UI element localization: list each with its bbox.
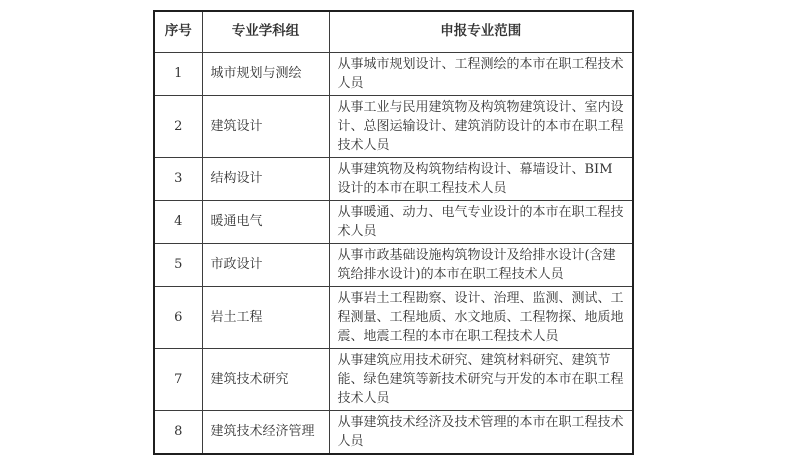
column-header-scope: 申报专业范围 xyxy=(329,11,633,52)
discipline-group-cell: 岩土工程 xyxy=(202,286,329,348)
discipline-group-cell: 结构设计 xyxy=(202,157,329,200)
row-number-cell: 1 xyxy=(154,52,202,95)
application-scope-cell: 从事建筑物及构筑物结构设计、幕墙设计、BIM设计的本市在职工程技术人员 xyxy=(329,157,633,200)
row-number-cell: 2 xyxy=(154,95,202,157)
table-row: 3结构设计从事建筑物及构筑物结构设计、幕墙设计、BIM设计的本市在职工程技术人员 xyxy=(154,157,633,200)
table-row: 7建筑技术研究从事建筑应用技术研究、建筑材料研究、建筑节能、绿色建筑等新技术研究… xyxy=(154,348,633,410)
application-scope-cell: 从事暖通、动力、电气专业设计的本市在职工程技术人员 xyxy=(329,200,633,243)
application-scope-cell: 从事城市规划设计、工程测绘的本市在职工程技术人员 xyxy=(329,52,633,95)
application-scope-cell: 从事市政基础设施构筑物设计及给排水设计(含建筑给排水设计)的本市在职工程技术人员 xyxy=(329,243,633,286)
column-header-no: 序号 xyxy=(154,11,202,52)
table-body: 1城市规划与测绘从事城市规划设计、工程测绘的本市在职工程技术人员2建筑设计从事工… xyxy=(154,52,633,454)
application-scope-cell: 从事建筑技术经济及技术管理的本市在职工程技术人员 xyxy=(329,410,633,454)
table-header: 序号 专业学科组 申报专业范围 xyxy=(154,11,633,52)
table-row: 4暖通电气从事暖通、动力、电气专业设计的本市在职工程技术人员 xyxy=(154,200,633,243)
table-row: 6岩土工程从事岩土工程勘察、设计、治理、监测、测试、工程测量、工程地质、水文地质… xyxy=(154,286,633,348)
table-row: 1城市规划与测绘从事城市规划设计、工程测绘的本市在职工程技术人员 xyxy=(154,52,633,95)
row-number-cell: 7 xyxy=(154,348,202,410)
discipline-group-cell: 建筑设计 xyxy=(202,95,329,157)
row-number-cell: 6 xyxy=(154,286,202,348)
table-row: 2建筑设计从事工业与民用建筑物及构筑物建筑设计、室内设计、总图运输设计、建筑消防… xyxy=(154,95,633,157)
application-scope-cell: 从事建筑应用技术研究、建筑材料研究、建筑节能、绿色建筑等新技术研究与开发的本市在… xyxy=(329,348,633,410)
discipline-group-cell: 城市规划与测绘 xyxy=(202,52,329,95)
discipline-table: 序号 专业学科组 申报专业范围 1城市规划与测绘从事城市规划设计、工程测绘的本市… xyxy=(153,10,634,455)
application-scope-cell: 从事岩土工程勘察、设计、治理、监测、测试、工程测量、工程地质、水文地质、工程物探… xyxy=(329,286,633,348)
table-row: 5市政设计从事市政基础设施构筑物设计及给排水设计(含建筑给排水设计)的本市在职工… xyxy=(154,243,633,286)
row-number-cell: 8 xyxy=(154,410,202,454)
discipline-group-cell: 建筑技术经济管理 xyxy=(202,410,329,454)
document-page: 序号 专业学科组 申报专业范围 1城市规划与测绘从事城市规划设计、工程测绘的本市… xyxy=(0,0,800,465)
row-number-cell: 5 xyxy=(154,243,202,286)
row-number-cell: 4 xyxy=(154,200,202,243)
discipline-group-cell: 暖通电气 xyxy=(202,200,329,243)
header-row: 序号 专业学科组 申报专业范围 xyxy=(154,11,633,52)
table-row: 8建筑技术经济管理从事建筑技术经济及技术管理的本市在职工程技术人员 xyxy=(154,410,633,454)
row-number-cell: 3 xyxy=(154,157,202,200)
column-header-group: 专业学科组 xyxy=(202,11,329,52)
application-scope-cell: 从事工业与民用建筑物及构筑物建筑设计、室内设计、总图运输设计、建筑消防设计的本市… xyxy=(329,95,633,157)
discipline-group-cell: 建筑技术研究 xyxy=(202,348,329,410)
discipline-group-cell: 市政设计 xyxy=(202,243,329,286)
